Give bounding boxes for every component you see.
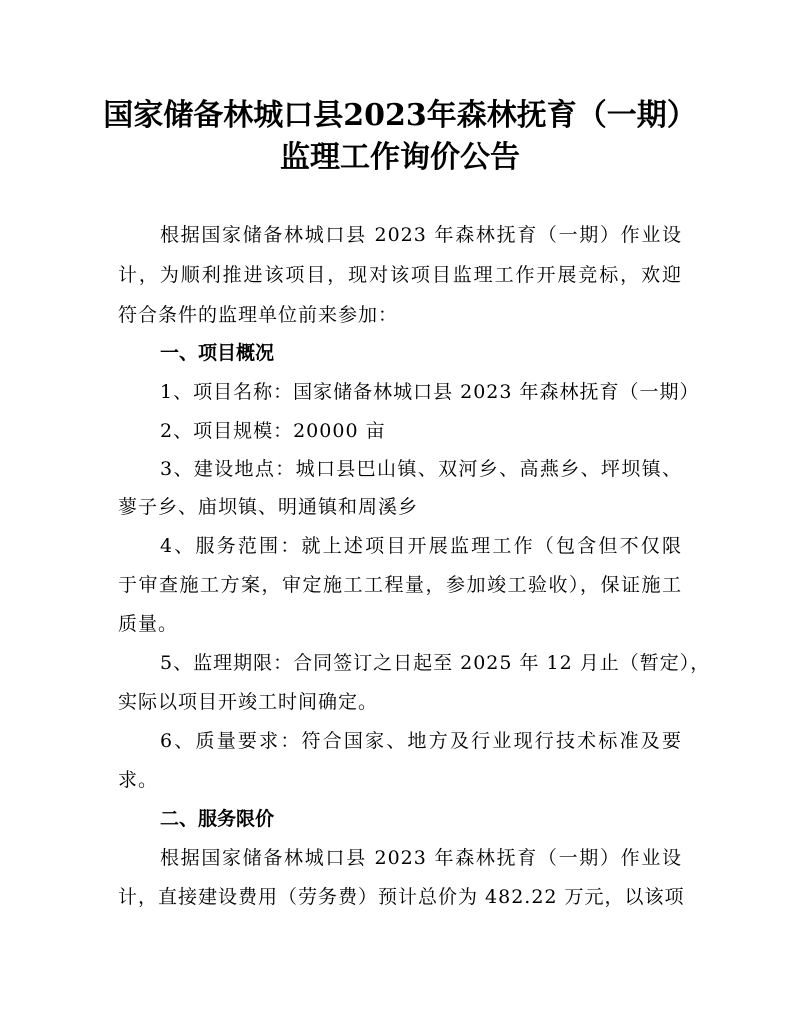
intro-line2: 计，为顺利推进该项目，现对该项目监理工作开展竞标，欢迎: [118, 262, 682, 288]
intro-line1: 根据国家储备林城口县 2023 年森林抚育（一期）作业设: [160, 222, 682, 248]
document-page: 国家储备林城口县2023年森林抚育（一期） 监理工作询价公告 根据国家储备林城口…: [0, 0, 800, 1035]
intro-line3: 符合条件的监理单位前来参加：: [118, 302, 682, 328]
section1-heading: 一、项目概况: [160, 340, 274, 366]
document-title-line1: 国家储备林城口县2023年森林抚育（一期）: [100, 96, 700, 136]
item2: 2、项目规模：20000 亩: [160, 418, 682, 444]
item4-line1: 4、服务范围：就上述项目开展监理工作（包含但不仅限: [160, 533, 682, 559]
item3-line2: 蓼子乡、庙坝镇、明通镇和周溪乡: [118, 494, 682, 520]
item1: 1、项目名称：国家储备林城口县 2023 年森林抚育（一期）: [160, 379, 682, 405]
item5-line1: 5、监理期限：合同签订之日起至 2025 年 12 月止（暂定），: [160, 650, 682, 676]
item4-line2: 于审查施工方案，审定施工工程量，参加竣工验收），保证施工: [118, 572, 682, 598]
item5-line2: 实际以项目开竣工时间确定。: [118, 689, 682, 715]
section2-heading: 二、服务限价: [160, 806, 274, 832]
document-title-line2: 监理工作询价公告: [100, 138, 700, 178]
item4-line3: 质量。: [118, 611, 682, 637]
item3-line1: 3、建设地点：城口县巴山镇、双河乡、高燕乡、坪坝镇、: [160, 456, 682, 482]
section2-para-line1: 根据国家储备林城口县 2023 年森林抚育（一期）作业设: [160, 845, 682, 871]
item6-line1: 6、质量要求：符合国家、地方及行业现行技术标准及要: [160, 728, 682, 754]
item6-line2: 求。: [118, 767, 682, 793]
section2-para-line2: 计，直接建设费用（劳务费）预计总价为 482.22 万元，以该项: [118, 884, 682, 910]
